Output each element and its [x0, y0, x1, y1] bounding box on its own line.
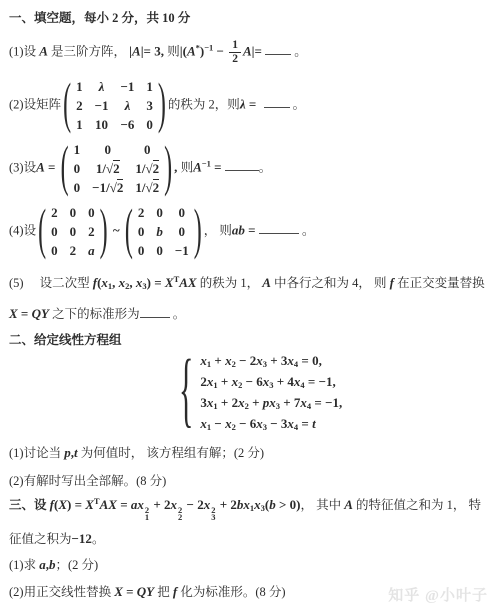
section-3-intro-line1: 三、设 f(X) = XTAX = ax21 + 2x22 − 2x23 + 2…: [9, 495, 491, 522]
answer-blank: [259, 230, 299, 234]
answer-blank: [264, 104, 290, 108]
question-1-3: (3)设A = (10001/√21/√20−1/√21/√2), 则A−1 =…: [9, 139, 491, 198]
section-3-intro-line2: 征值之积为−12。: [9, 529, 491, 547]
matrix: (20000202a): [38, 204, 108, 259]
question-1-5-line2: X = QY 之下的标准形为 。: [9, 304, 491, 322]
question-1-4: (4)设(20000202a) ~ (2000b000−1)， 则ab = 。: [9, 202, 491, 261]
matrix: (2000b000−1): [125, 204, 202, 259]
linear-equation-system: {x1 + x2 − 2x3 + 3x4 = 0,2x1 + x2 − 6x3 …: [179, 350, 342, 434]
answer-blank: [265, 51, 291, 55]
question-2-2: (2)有解时写出全部解。(8 分): [9, 471, 491, 489]
exam-page: 一、填空题，每小 2 分，共 10 分 (1)设 A 是三阶方阵， |A|= 3…: [0, 0, 499, 616]
question-1-1: (1)设 A 是三阶方阵， |A|= 3, 则|(A*)−1 − 12A|= 。: [9, 39, 491, 66]
section-2-title: 二、给定线性方程组: [9, 330, 491, 348]
equation-row: x1 − x2 − 6x3 − 3x4 = t: [200, 413, 342, 434]
section-1-title: 一、填空题，每小 2 分，共 10 分: [9, 8, 491, 26]
equation-row: x1 + x2 − 2x3 + 3x4 = 0,: [200, 350, 342, 371]
question-1-2: (2)设矩阵(1λ−112−1λ3110−60)的秩为 2，则λ = 。: [9, 76, 491, 135]
matrix: (1λ−112−1λ3110−60): [63, 78, 166, 133]
watermark: 知乎 @小叶子: [388, 584, 488, 605]
question-2-1: (1)讨论当 p,t 为何值时， 该方程组有解；(2 分): [9, 443, 491, 461]
question-3-1: (1)求 a,b；(2 分): [9, 555, 491, 573]
answer-blank: [140, 314, 170, 318]
system-brace: {: [179, 350, 193, 434]
equation-row: 3x1 + 2x2 + px3 + 7x4 = −1,: [200, 392, 342, 413]
equation-row: 2x1 + x2 − 6x3 + 4x4 = −1,: [200, 371, 342, 392]
matrix: (10001/√21/√20−1/√21/√2): [61, 141, 172, 196]
question-1-5-line1: (5)设二次型 f(x1, x2, x3) = XTAX 的秩为 1， A 中各…: [9, 273, 491, 291]
answer-blank: [225, 167, 259, 171]
